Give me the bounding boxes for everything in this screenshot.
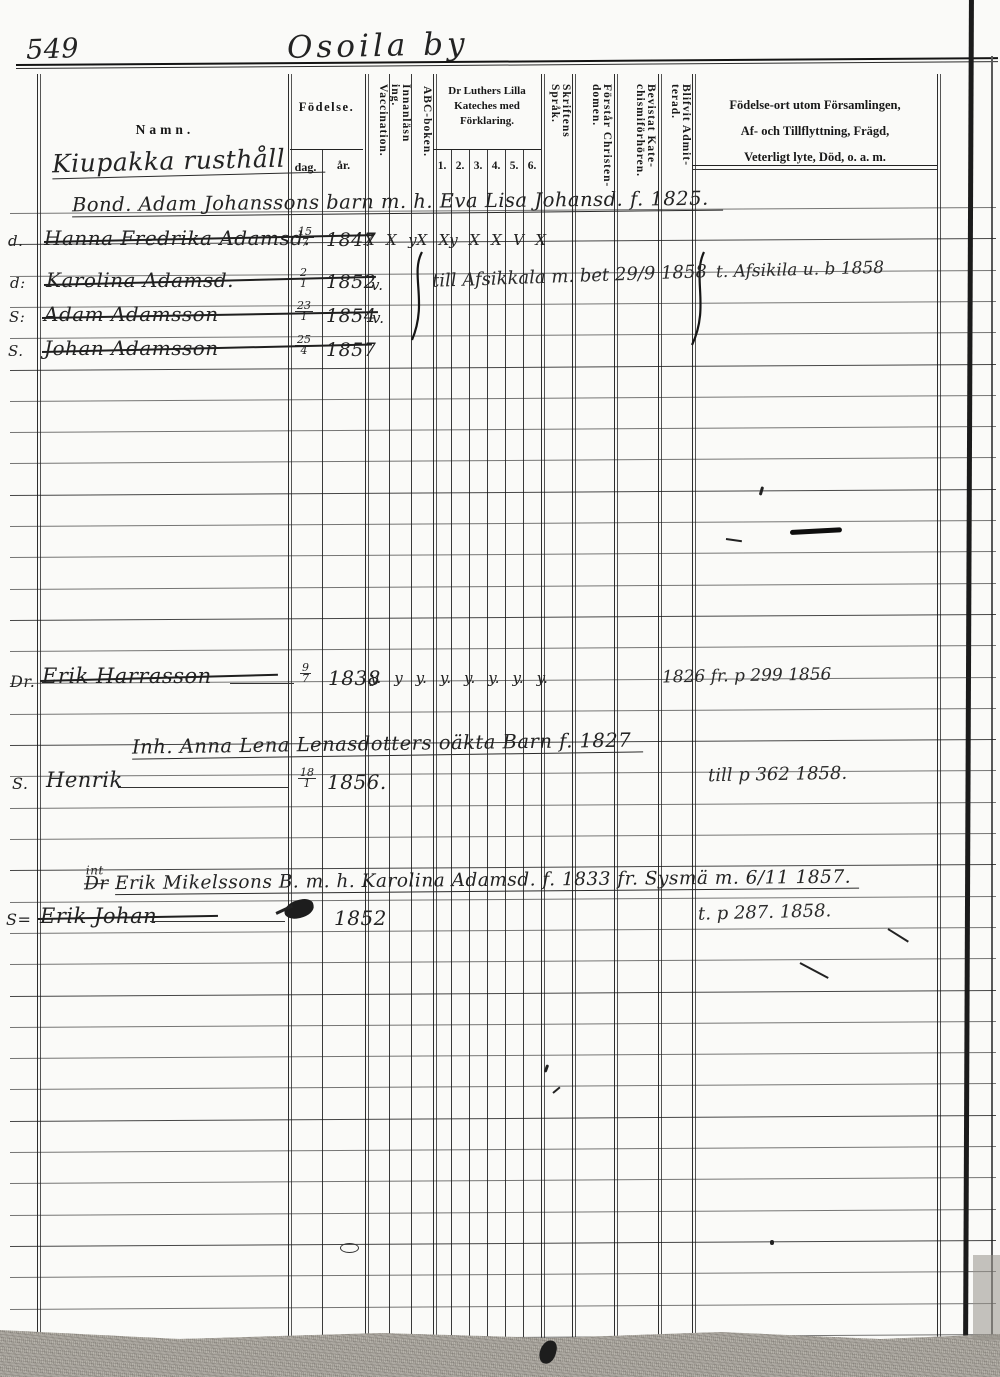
row-rule-line (10, 583, 996, 590)
family3-heading: intDr Erik Mikelssons B. m. h. Karolina … (84, 867, 859, 895)
page-title: Osoila by (287, 26, 469, 66)
family3-text: Erik Mikelssons B. m. h. Karolina Adamsd… (115, 867, 859, 895)
row-rule-line (10, 1177, 996, 1184)
margin-mark: d: (10, 274, 26, 292)
scanned-parish-register-page: 549 Osoila by Namn. Födelse. dag. år. Va… (0, 0, 1000, 1377)
row-rule-line (10, 1083, 996, 1090)
kateches-divider-rule (433, 149, 541, 152)
row-rule-line (10, 395, 996, 402)
row-note: 1826 fr. p 299 1856 (662, 665, 832, 688)
ink-tick (726, 538, 742, 542)
row-rule-line (10, 708, 996, 715)
page-number: 549 (25, 33, 79, 66)
margin-mark: Dr. (10, 672, 35, 691)
row-rule-line (10, 614, 996, 621)
examination-marks: XXyXXyXXVX (364, 231, 546, 249)
row-rule-line (10, 958, 996, 965)
row-rule-line (10, 1271, 996, 1278)
row-rule-line (10, 1146, 996, 1153)
leader-line (230, 683, 294, 684)
birth-year: 1856. (327, 770, 387, 794)
kateches-col-6: 6. (523, 160, 541, 172)
col-header-ar: år. (323, 158, 364, 173)
birth-day: 181 (298, 768, 316, 789)
row-rule-line (10, 520, 996, 527)
col-header-namn: Namn. (60, 122, 270, 138)
col-header-fodelse: Födelse. (288, 100, 365, 115)
row-rule-line (10, 833, 996, 840)
family2-heading: Inh. Anna Lena Lenasdotters oäkta Barn f… (132, 728, 643, 759)
kateches-col-4: 4. (487, 160, 505, 172)
row-rule-line (10, 770, 996, 777)
ink-bracket-left (408, 252, 428, 342)
kateches-subcolumns: 1. 2. 3. 4. 5. 6. (433, 160, 541, 172)
fodelseort-bottom-rule (692, 165, 937, 170)
row-rule-line (10, 645, 996, 652)
top-double-rule (16, 57, 998, 69)
kateches-col-3: 3. (469, 160, 487, 172)
row-rule-line (10, 1021, 996, 1028)
row-rule-line (10, 802, 996, 809)
adjacent-page-rule (991, 56, 993, 1342)
row-rule-line (10, 927, 996, 934)
leader-line (118, 787, 288, 788)
row-note: till p 362 1858. (708, 763, 847, 786)
family3-prefix-sup: int (86, 863, 104, 877)
col-header-skriftens-sprak: Skriftens Språk. (544, 84, 571, 289)
birth-year: 1852 (326, 271, 376, 293)
ink-oval (340, 1243, 359, 1253)
col-header-fodelseort: Födelse-ort utom Församlingen, Af- och T… (697, 92, 933, 170)
margin-mark: S. (8, 342, 24, 360)
row-name: Henrik (46, 768, 123, 792)
row-rule-line (10, 489, 996, 496)
kateches-col-5: 5. (505, 160, 523, 172)
birth-day: 97 (300, 663, 311, 684)
scan-edge-texture (0, 1330, 1000, 1377)
ink-speck (770, 1240, 774, 1245)
row-rule-line (10, 896, 996, 903)
ink-dash (790, 527, 842, 535)
row-rule-line (10, 989, 996, 996)
row-note: t. p 287. 1858. (698, 900, 832, 924)
birth-year: 1857 (326, 339, 376, 361)
margin-mark: S. (12, 774, 28, 793)
row-rule-line (10, 363, 996, 370)
ink-arrow-mark (887, 928, 908, 942)
row-rule-line (10, 457, 996, 464)
col-header-kateches: Dr Luthers Lilla Kateches med Förklaring… (436, 84, 538, 129)
birth-year: 1854 (326, 305, 376, 327)
birth-day: 157 (296, 227, 314, 248)
birth-year: 1852 (334, 906, 387, 930)
group-annotation-right: t. Afsikila u. b 1858 (716, 258, 885, 282)
gutter-bottom-shade (973, 1255, 1000, 1340)
margin-mark: S: (9, 308, 25, 326)
row-rule-line (10, 1209, 996, 1216)
ink-arrow-mark (800, 962, 829, 979)
row-rule-line (10, 1240, 996, 1247)
row-rule-line (10, 1302, 996, 1309)
vaccination-mark: v. (371, 276, 383, 294)
ink-tick-small (552, 1086, 560, 1093)
col-header-blifvit-admitterad: Blifvit Admit- terad. (662, 84, 691, 264)
examination-marks: y.yy.y.y.y.y.y. (370, 669, 548, 687)
kateches-col-1: 1. (433, 160, 451, 172)
row-rule-line (10, 551, 996, 558)
row-rule-line (10, 1115, 996, 1122)
farm-heading: Kiupakka rusthåll (52, 143, 326, 180)
margin-mark: d. (8, 232, 23, 250)
margin-mark: S= (6, 910, 31, 929)
kateches-col-2: 2. (451, 160, 469, 172)
leader-line (150, 921, 285, 922)
row-rule-line (10, 426, 996, 433)
row-rule-line (10, 1052, 996, 1059)
